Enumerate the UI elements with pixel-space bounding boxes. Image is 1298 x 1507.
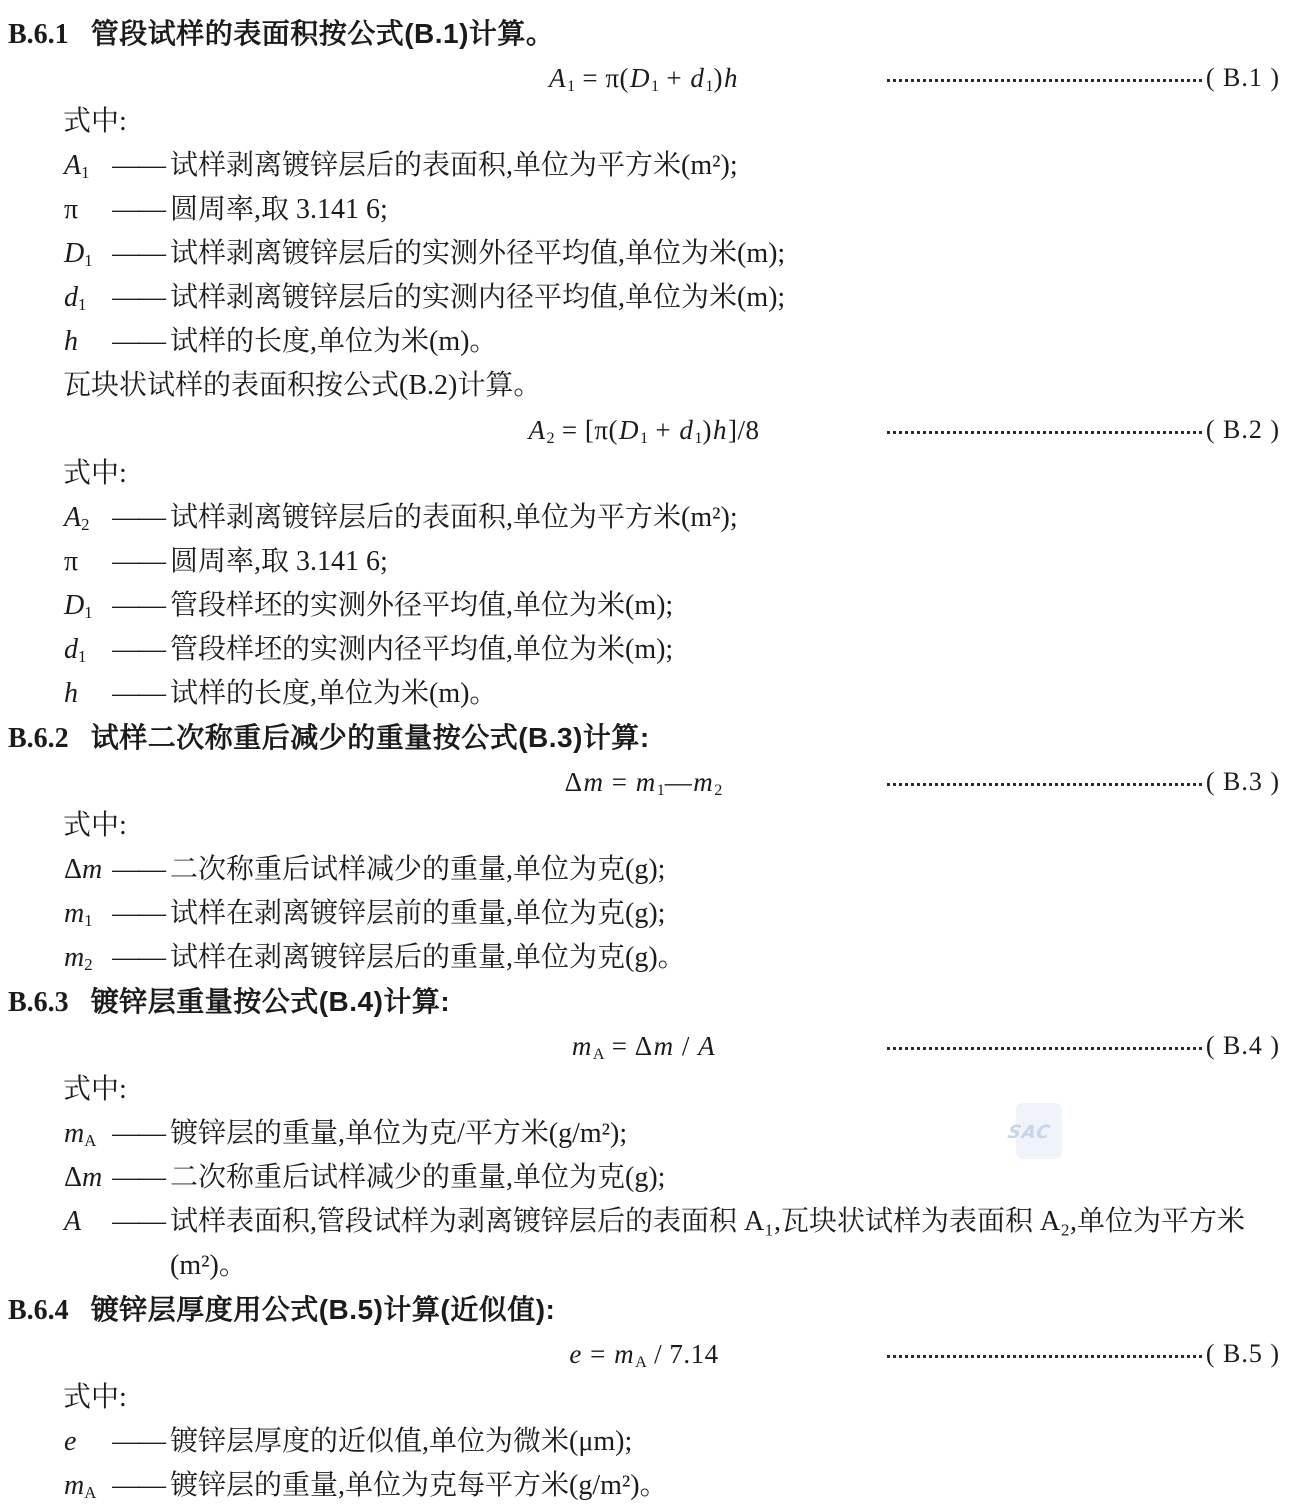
definition-dash: —— bbox=[112, 672, 170, 716]
clause-number: B.6.3 bbox=[8, 987, 69, 1018]
dotted-leader bbox=[887, 1355, 1202, 1358]
formula-number-b1: ( B.1 ) bbox=[1206, 63, 1280, 93]
dotted-leader bbox=[887, 79, 1202, 82]
definition-dash: —— bbox=[112, 144, 170, 188]
definition-row: mA——镀锌层的重量,单位为克/平方米(g/m²); bbox=[0, 1112, 1298, 1156]
dotted-leader bbox=[887, 431, 1202, 434]
definition-description: 试样表面积,管段试样为剥离镀锌层后的表面积 A₁,瓦块状试样为表面积 A₂,单位… bbox=[170, 1200, 1298, 1288]
clause-title: 镀锌层重量按公式(B.4)计算: bbox=[91, 986, 451, 1017]
definition-row: Δm——二次称重后试样减少的重量,单位为克(g); bbox=[0, 848, 1298, 892]
formula-number-b5: ( B.5 ) bbox=[1206, 1339, 1280, 1369]
clause-number: B.6.1 bbox=[8, 19, 69, 50]
definition-description: 试样剥离镀锌层后的表面积,单位为平方米(m²); bbox=[170, 496, 1298, 540]
where-label: 式中: bbox=[0, 452, 1298, 496]
definition-symbol: A bbox=[64, 1200, 112, 1288]
definition-description: 试样剥离镀锌层后的表面积,单位为平方米(m²); bbox=[170, 144, 1298, 188]
definition-row: D1——试样剥离镀锌层后的实测外径平均值,单位为米(m); bbox=[0, 232, 1298, 276]
definition-dash: —— bbox=[112, 540, 170, 584]
definition-row: m1——试样在剥离镀锌层前的重量,单位为克(g); bbox=[0, 892, 1298, 936]
definition-symbol: π bbox=[64, 188, 112, 232]
definition-symbol: h bbox=[64, 672, 112, 716]
standard-document-page: B.6.1管段试样的表面积按公式(B.1)计算。 A1 = π(D1 + d1)… bbox=[0, 0, 1298, 1507]
where-label: 式中: bbox=[0, 804, 1298, 848]
clause-number: B.6.4 bbox=[8, 1295, 69, 1326]
definition-dash: —— bbox=[112, 1112, 170, 1156]
definition-dash: —— bbox=[112, 1200, 170, 1288]
definition-row: d1——管段样坯的实测内径平均值,单位为米(m); bbox=[0, 628, 1298, 672]
definition-description: 镀锌层的重量,单位为克/平方米(g/m²); bbox=[170, 1112, 1298, 1156]
definition-description: 试样剥离镀锌层后的实测外径平均值,单位为米(m); bbox=[170, 232, 1298, 276]
definition-symbol: Δm bbox=[64, 848, 112, 892]
clause-heading-b63: B.6.3镀锌层重量按公式(B.4)计算: bbox=[0, 980, 1298, 1024]
definition-dash: —— bbox=[112, 232, 170, 276]
definition-dash: —— bbox=[112, 276, 170, 320]
clause-heading-b61: B.6.1管段试样的表面积按公式(B.1)计算。 bbox=[0, 12, 1298, 56]
definition-symbol: d1 bbox=[64, 628, 112, 672]
where-label: 式中: bbox=[0, 1068, 1298, 1112]
formula-expression-b4: mA = Δm / A bbox=[571, 1031, 716, 1062]
clause-number: B.6.2 bbox=[8, 723, 69, 754]
definition-symbol: A1 bbox=[64, 144, 112, 188]
definition-row: h——试样的长度,单位为米(m)。 bbox=[0, 672, 1298, 716]
definition-description: 管段样坯的实测外径平均值,单位为米(m); bbox=[170, 584, 1298, 628]
definition-dash: —— bbox=[112, 1420, 170, 1464]
definition-row: mA——镀锌层的重量,单位为克每平方米(g/m²)。 bbox=[0, 1464, 1298, 1507]
definition-dash: —— bbox=[112, 936, 170, 980]
formula-expression-b5: e = mA / 7.14 bbox=[568, 1339, 718, 1370]
formula-row-b3: Δm = m1—m2 ( B.3 ) bbox=[0, 760, 1298, 804]
definition-symbol: h bbox=[64, 320, 112, 364]
definition-symbol: Δm bbox=[64, 1156, 112, 1200]
definition-symbol: m1 bbox=[64, 892, 112, 936]
where-label: 式中: bbox=[0, 100, 1298, 144]
definition-row: h——试样的长度,单位为米(m)。 bbox=[0, 320, 1298, 364]
formula-expression-b2: A2 = [π(D1 + d1)h]/8 bbox=[528, 415, 760, 446]
definition-description: 试样的长度,单位为米(m)。 bbox=[170, 672, 1298, 716]
paragraph-tile-sample: 瓦块状试样的表面积按公式(B.2)计算。 bbox=[0, 364, 1298, 408]
definition-description: 镀锌层厚度的近似值,单位为微米(μm); bbox=[170, 1420, 1298, 1464]
dotted-leader bbox=[887, 783, 1202, 786]
formula-expression-b3: Δm = m1—m2 bbox=[565, 767, 723, 798]
formula-row-b1: A1 = π(D1 + d1)h ( B.1 ) bbox=[0, 56, 1298, 100]
definition-symbol: d1 bbox=[64, 276, 112, 320]
formula-row-b5: e = mA / 7.14 ( B.5 ) bbox=[0, 1332, 1298, 1376]
definition-dash: —— bbox=[112, 848, 170, 892]
definition-dash: —— bbox=[112, 188, 170, 232]
definition-row: e——镀锌层厚度的近似值,单位为微米(μm); bbox=[0, 1420, 1298, 1464]
definition-description: 试样在剥离镀锌层前的重量,单位为克(g); bbox=[170, 892, 1298, 936]
definition-description: 镀锌层的重量,单位为克每平方米(g/m²)。 bbox=[170, 1464, 1298, 1507]
definition-symbol: mA bbox=[64, 1464, 112, 1507]
definition-row: A2——试样剥离镀锌层后的表面积,单位为平方米(m²); bbox=[0, 496, 1298, 540]
formula-row-b4: mA = Δm / A ( B.4 ) bbox=[0, 1024, 1298, 1068]
definition-description: 二次称重后试样减少的重量,单位为克(g); bbox=[170, 848, 1298, 892]
formula-expression-b1: A1 = π(D1 + d1)h bbox=[548, 63, 739, 94]
definition-row: Δm——二次称重后试样减少的重量,单位为克(g); bbox=[0, 1156, 1298, 1200]
clause-heading-b62: B.6.2试样二次称重后减少的重量按公式(B.3)计算: bbox=[0, 716, 1298, 760]
definition-description: 试样在剥离镀锌层后的重量,单位为克(g)。 bbox=[170, 936, 1298, 980]
clause-title: 试样二次称重后减少的重量按公式(B.3)计算: bbox=[91, 722, 650, 753]
definition-symbol: A2 bbox=[64, 496, 112, 540]
definition-symbol: π bbox=[64, 540, 112, 584]
definition-row: π——圆周率,取 3.141 6; bbox=[0, 540, 1298, 584]
definition-dash: —— bbox=[112, 628, 170, 672]
definition-row: m2——试样在剥离镀锌层后的重量,单位为克(g)。 bbox=[0, 936, 1298, 980]
definition-dash: —— bbox=[112, 320, 170, 364]
formula-number-b3: ( B.3 ) bbox=[1206, 767, 1280, 797]
dotted-leader bbox=[887, 1047, 1202, 1050]
where-label: 式中: bbox=[0, 1376, 1298, 1420]
definition-row: A——试样表面积,管段试样为剥离镀锌层后的表面积 A₁,瓦块状试样为表面积 A₂… bbox=[0, 1200, 1298, 1288]
definition-description: 管段样坯的实测内径平均值,单位为米(m); bbox=[170, 628, 1298, 672]
clause-title: 镀锌层厚度用公式(B.5)计算(近似值): bbox=[91, 1294, 556, 1325]
definition-row: D1——管段样坯的实测外径平均值,单位为米(m); bbox=[0, 584, 1298, 628]
definition-symbol: e bbox=[64, 1420, 112, 1464]
definition-symbol: D1 bbox=[64, 584, 112, 628]
definition-description: 圆周率,取 3.141 6; bbox=[170, 540, 1298, 584]
formula-row-b2: A2 = [π(D1 + d1)h]/8 ( B.2 ) bbox=[0, 408, 1298, 452]
formula-number-b4: ( B.4 ) bbox=[1206, 1031, 1280, 1061]
definition-row: d1——试样剥离镀锌层后的实测内径平均值,单位为米(m); bbox=[0, 276, 1298, 320]
page: { "labels": { "where": "式中:", "dash": "—… bbox=[0, 0, 1298, 1507]
definition-symbol: D1 bbox=[64, 232, 112, 276]
sac-watermark: SAC bbox=[1016, 1103, 1062, 1159]
definition-description: 试样剥离镀锌层后的实测内径平均值,单位为米(m); bbox=[170, 276, 1298, 320]
definition-dash: —— bbox=[112, 1156, 170, 1200]
definition-dash: —— bbox=[112, 584, 170, 628]
formula-number-b2: ( B.2 ) bbox=[1206, 415, 1280, 445]
definition-description: 圆周率,取 3.141 6; bbox=[170, 188, 1298, 232]
definition-row: π——圆周率,取 3.141 6; bbox=[0, 188, 1298, 232]
definition-row: A1——试样剥离镀锌层后的表面积,单位为平方米(m²); bbox=[0, 144, 1298, 188]
definition-symbol: mA bbox=[64, 1112, 112, 1156]
definition-description: 试样的长度,单位为米(m)。 bbox=[170, 320, 1298, 364]
definition-dash: —— bbox=[112, 1464, 170, 1507]
clause-title: 管段试样的表面积按公式(B.1)计算。 bbox=[91, 18, 555, 49]
definition-description: 二次称重后试样减少的重量,单位为克(g); bbox=[170, 1156, 1298, 1200]
clause-heading-b64: B.6.4镀锌层厚度用公式(B.5)计算(近似值): bbox=[0, 1288, 1298, 1332]
definition-dash: —— bbox=[112, 496, 170, 540]
sac-watermark-text: SAC bbox=[1006, 1122, 1052, 1143]
definition-symbol: m2 bbox=[64, 936, 112, 980]
definition-dash: —— bbox=[112, 892, 170, 936]
